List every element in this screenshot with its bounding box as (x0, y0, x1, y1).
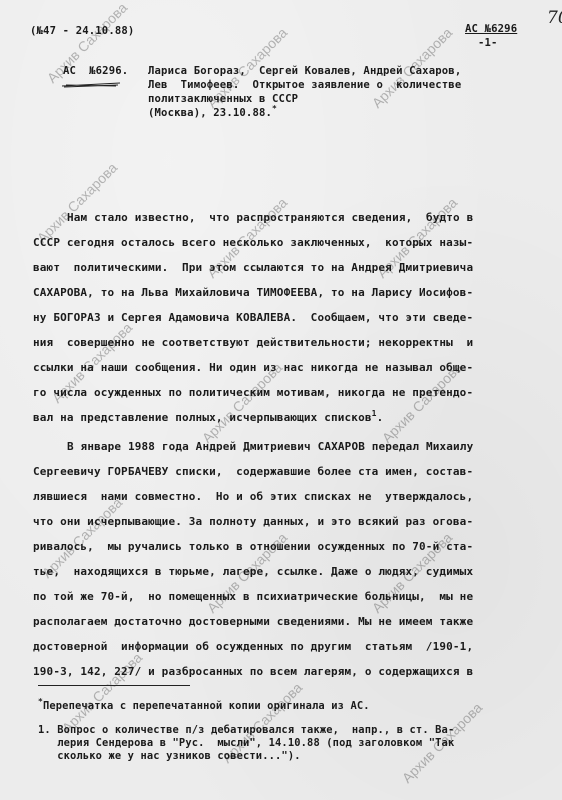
body-line: го числа осужденных по политическим моти… (33, 386, 473, 399)
title-date: (Москва), 23.10.88. (148, 107, 272, 119)
body-line: САХАРОВА, то на Льва Михайловича ТИМОФЕЕ… (33, 286, 473, 299)
footnote-marker: * (272, 104, 277, 113)
watermark-text: Архив Сахарова (34, 159, 121, 246)
document-page: Архив СахароваАрхив СахароваАрхив Сахаро… (0, 0, 562, 800)
body-line: по той же 70-й, но помещенных в психиатр… (33, 590, 473, 603)
issue-label: (№47 - 24.10.88) (30, 25, 134, 37)
title-line: (Москва), 23.10.88.* (148, 107, 277, 119)
body-line: Нам стало известно, что распространяются… (67, 211, 473, 224)
body-line: лявшиеся нами совместно. Но и об этих сп… (33, 490, 473, 503)
footnote-1-line: лерия Сендерова в "Рус. мысли", 14.10.88… (38, 737, 454, 749)
body-line: вал на представление полных, исчерпывающ… (33, 411, 383, 424)
body-line: вают политическими. При этом ссылаются т… (33, 261, 473, 274)
page-number: -1- (478, 37, 498, 49)
title-line: Лариса Богораз, Сергей Ковалев, Андрей С… (148, 65, 461, 77)
watermark-text: Архив Сахарова (59, 649, 146, 736)
title-id: АС №6296. (63, 65, 128, 77)
strikethrough-mark (60, 82, 122, 88)
footnote-ref: 1 (372, 409, 377, 418)
body-line: В январе 1988 года Андрей Дмитриевич САХ… (67, 440, 473, 453)
title-line: Лев Тимофеев. Открытое заявление о колич… (148, 79, 461, 91)
footnote-divider (38, 685, 190, 686)
body-line: ну БОГОРАЗ и Сергея Адамовича КОВАЛЕВА. … (33, 311, 473, 324)
footnote-1-line: 1. Вопрос о количестве п/з дебатировался… (38, 724, 454, 736)
footnote-1-line: сколько же у нас узников совести..."). (38, 750, 301, 762)
body-line: тье, находящихся в тюрьме, лагере, ссылк… (33, 565, 473, 578)
body-line: что они исчерпывающие. За полноту данных… (33, 515, 473, 528)
body-line: располагаем достаточно достоверными свед… (33, 615, 473, 628)
body-line: ния совершенно не соответствуют действит… (33, 336, 473, 349)
footnote-star: *Перепечатка с перепечатанной копии ориг… (38, 700, 370, 712)
body-line: достоверной информации об осужденных по … (33, 640, 473, 653)
doc-number: АС №6296 (465, 23, 517, 35)
handwritten-note: 70 (547, 8, 562, 28)
body-line: ривалось, мы ручались только в отношении… (33, 540, 473, 553)
body-line: ссылки на наши сообщения. Ни один из нас… (33, 361, 473, 374)
body-line: 190-3, 142, 227/ и разбросанных по всем … (33, 665, 473, 678)
body-line: Сергеевичу ГОРБАЧЕВУ списки, содержавшие… (33, 465, 473, 478)
body-line: СССР сегодня осталось всего несколько за… (33, 236, 473, 249)
